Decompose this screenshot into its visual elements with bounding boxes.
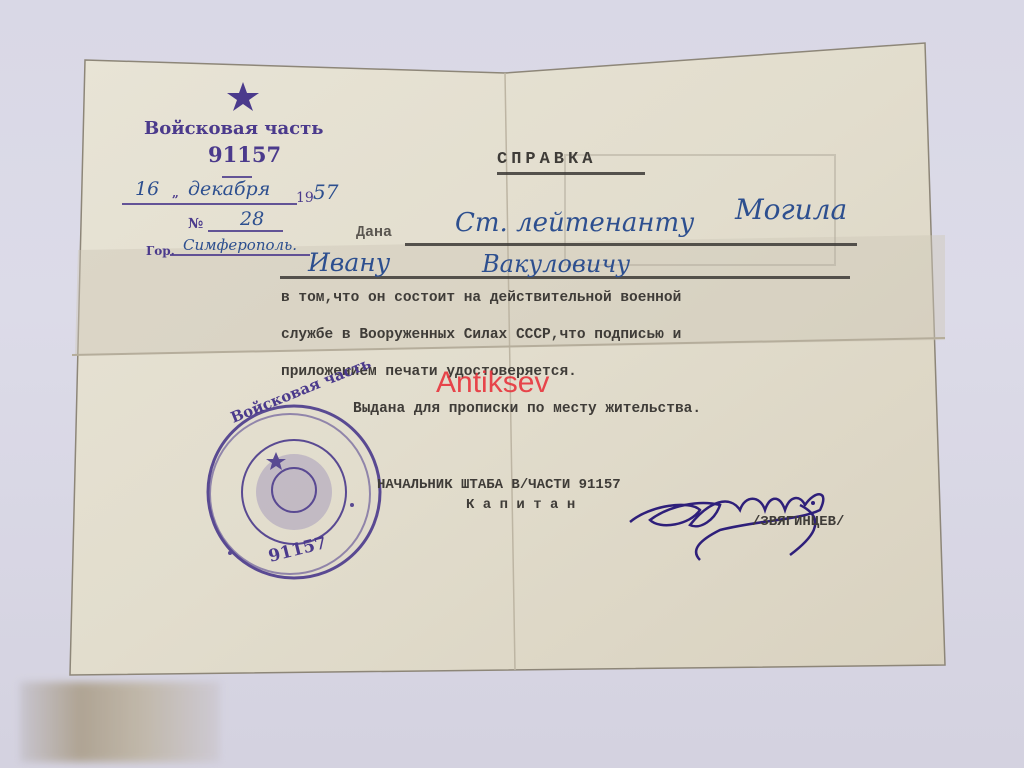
blurred-region [20, 682, 220, 762]
date-underline [122, 203, 297, 205]
date-year-suffix: 57 [313, 180, 338, 204]
date-year-prefix: 19 [296, 190, 314, 206]
number-label: № [188, 216, 203, 232]
purpose-line: Выдана для прописки по месту жительства. [353, 401, 701, 417]
recipient-patronymic: Вакуловичу [482, 250, 630, 278]
signer-position: НАЧАЛЬНИК ШТАБА В/ЧАСТИ 91157 [377, 477, 621, 493]
title-underline [497, 172, 645, 175]
city-underline [170, 254, 310, 256]
unit-number: 91157 [208, 142, 281, 167]
signer-rank: К а п и т а н [466, 497, 575, 513]
recipient-surname: Могила [735, 193, 847, 226]
recipient-rank: Ст. лейтенанту [455, 208, 694, 238]
city-value: Симферополь. [183, 236, 297, 254]
body-line-2: службе в Вооруженных Силах СССР,что подп… [281, 327, 681, 343]
date-quote: „ [172, 186, 179, 200]
watermark: Antiksev [436, 366, 549, 400]
body-line-1: в том,что он состоит на действительной в… [281, 290, 681, 306]
recipient-first-name: Ивану [308, 248, 390, 277]
date-day: 16 [135, 178, 159, 200]
document-photo: Войсковая часть 91157 16 „ декабря 19 57… [0, 0, 1024, 768]
unit-label: Войсковая часть [144, 118, 323, 139]
date-month: декабря [188, 178, 270, 200]
recipient-line-1 [405, 243, 857, 246]
signer-name: /ЗВЯГИНЦЕВ/ [752, 514, 844, 530]
number-value: 28 [240, 208, 264, 230]
given-label: Дана [356, 224, 392, 241]
document-title: СПРАВКА [497, 150, 596, 169]
number-underline [208, 230, 283, 232]
